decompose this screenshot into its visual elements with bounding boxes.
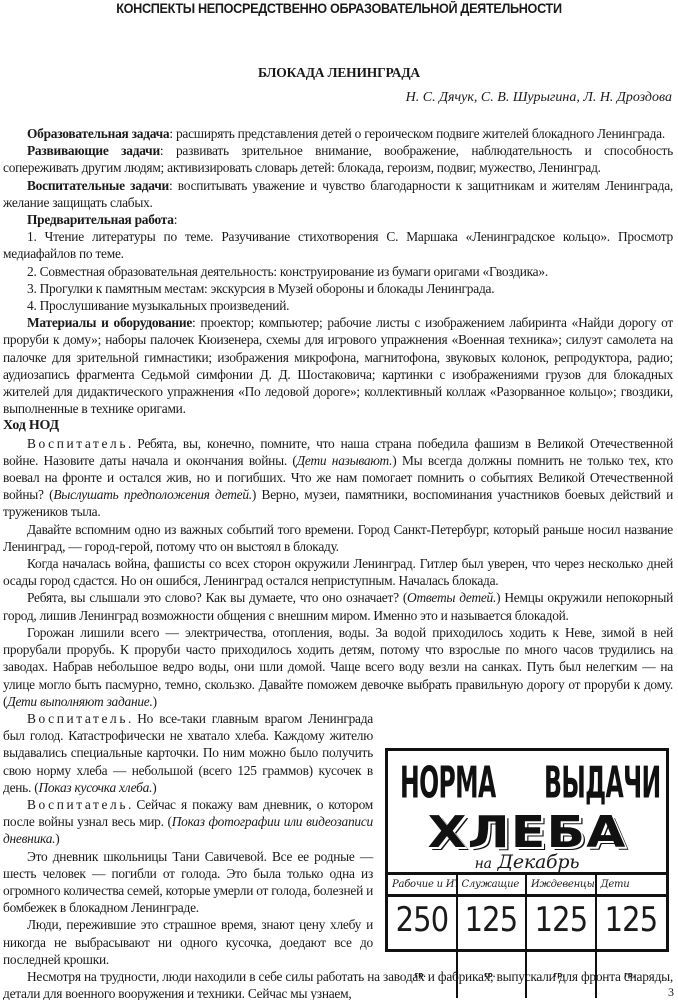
- paragraph: Когда началась война, фашисты со всех ст…: [3, 555, 673, 589]
- educational-task: Образовательная задача: расширять предст…: [3, 125, 673, 142]
- ration-column-label: Дети: [597, 875, 667, 897]
- upbringing-tasks: Воспитательные задачи: воспитывать уваже…: [3, 177, 673, 211]
- ration-column-label: Служащие: [458, 875, 528, 897]
- speaker-label: Воспитатель: [27, 711, 128, 726]
- preliminary-item: 1. Чтение литературы по теме. Разучивани…: [3, 228, 673, 262]
- preliminary-work: Предварительная работа:: [3, 211, 673, 228]
- paragraph: Давайте вспомним одно из важных событий …: [3, 521, 673, 555]
- card-heading-vydachi: ВЫДАЧИ: [544, 757, 661, 808]
- paragraph: Горожан лишили всего — электричества, от…: [3, 624, 673, 710]
- bread-ration-card: НОРМА ВЫДАЧИ ХЛЕБА наДекабрь Рабочие и И…: [385, 748, 669, 952]
- card-heading-norma: НОРМА: [400, 757, 496, 808]
- article-body: Образовательная задача: расширять предст…: [3, 125, 673, 1000]
- ration-card-figure: НОРМА ВЫДАЧИ ХЛЕБА наДекабрь Рабочие и И…: [385, 748, 675, 956]
- preliminary-item: 4. Прослушивание музыкальных произведени…: [3, 297, 673, 314]
- developing-tasks: Развивающие задачи: развивать зрительное…: [3, 142, 673, 176]
- ration-value: 125гр.: [597, 897, 667, 998]
- ration-column-label: Иждевенцы: [527, 875, 597, 897]
- article-authors: Н. С. Дячук, С. В. Шурыгина, Л. Н. Дрозд…: [406, 90, 672, 106]
- preliminary-item: 2. Совместная образовательная деятельнос…: [3, 263, 673, 280]
- speaker-label: Воспитатель: [27, 797, 128, 812]
- ration-value: 125гр.: [527, 897, 597, 998]
- ration-table: Рабочие и ИТР Служащие Иждевенцы Дети 25…: [388, 872, 666, 949]
- ration-value: 125гр.: [458, 897, 528, 998]
- ration-value: 250гр.: [388, 897, 458, 998]
- running-header: КОНСПЕКТЫ НЕПОСРЕДСТВЕННО ОБРАЗОВАТЕЛЬНО…: [24, 0, 655, 18]
- section-title: Ход НОД: [3, 417, 673, 434]
- page-number: 3: [668, 985, 674, 999]
- article-title: БЛОКАДА ЛЕНИНГРАДА: [0, 65, 678, 81]
- speaker-label: Воспитатель: [27, 436, 128, 451]
- card-heading-bread: ХЛЕБА: [367, 811, 678, 855]
- paragraph: Воспитатель. Ребята, вы, конечно, помнит…: [3, 435, 673, 521]
- materials: Материалы и оборудование: проектор; комп…: [3, 314, 673, 417]
- preliminary-item: 3. Прогулки к памятным местам: экскурсия…: [3, 280, 673, 297]
- paragraph: Ребята, вы слышали это слово? Как вы дум…: [3, 589, 673, 623]
- ration-column-label: Рабочие и ИТР: [388, 875, 458, 897]
